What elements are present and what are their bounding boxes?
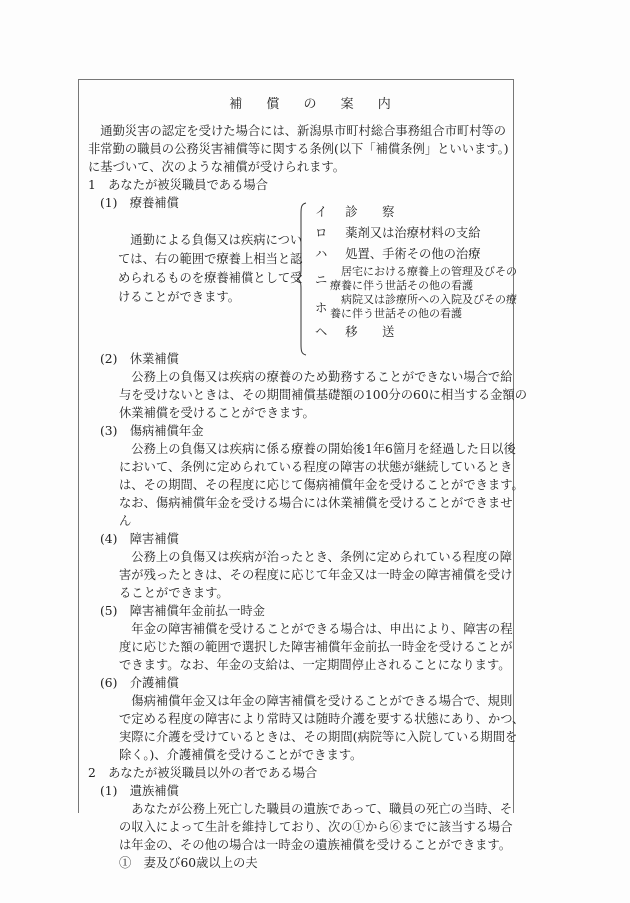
section-2-heading: 2 あなたが被災職員以外の者である場合 — [88, 765, 317, 781]
body-line: できます。なお、年金の支給は、一定期間停止されることになります。 — [119, 657, 511, 673]
body-line: の収入によって生計を維持しており、次の①から⑥までに該当する場合 — [119, 819, 513, 835]
list-item: ① 妻及び60歳以上の夫 — [119, 855, 258, 871]
kaigo-heading: (6) 介護補償 — [100, 675, 179, 691]
body-line: 傷病補償年金又は年金の障害補償を受けることができる場合で、規則 — [119, 693, 512, 709]
item-text: 居宅における療養上の管理及びその — [330, 265, 517, 278]
body-line: ることができます。 — [119, 585, 229, 601]
intro-line: 非常勤の職員の公務災害補償等に関する条例(以下「補償条例」といいます。) — [88, 141, 509, 157]
body-line: において、条例に定められている程度の障害の状態が継続しているとき — [119, 459, 512, 475]
body-line: 公務上の負傷又は疾病の療養のため勤務することができない場合で給 — [119, 369, 513, 385]
ryouyou-line: ては、右の範囲で療養上相当と認 — [118, 251, 302, 267]
maebarai-heading: (5) 障害補償年金前払一時金 — [100, 603, 265, 619]
item-text: 移 送 — [345, 325, 394, 339]
body-line: 度に応じた額の範囲で選択した障害補償年金前払一時金を受けることが — [119, 639, 513, 655]
ryouyou-line: けることができます。 — [118, 289, 240, 305]
body-line: なお、傷病補償年金を受ける場合には休業補償を受けることができませ — [119, 495, 513, 511]
body-line: 年金の障害補償を受けることができる場合は、申出により、障害の程 — [119, 621, 513, 637]
item-mark: イ — [315, 205, 327, 219]
body-line: は、その期間、その程度に応じて傷病補償年金を受けることができます。 — [119, 477, 524, 493]
body-line: で定める程度の障害により常時又は随時介護を要する状態にあり、かつ、 — [119, 711, 524, 727]
body-line: 公務上の負傷又は疾病が治ったとき、条例に定められている程度の障 — [119, 549, 512, 565]
item-mark: ヘ — [315, 325, 327, 339]
item-mark: ハ — [315, 247, 327, 261]
list-item: ヘ 移 送 — [315, 324, 394, 340]
body-line: は年金の、その他の場合は一時金の遺族補償を受けることができます。 — [119, 837, 511, 853]
izoku-heading: (1) 遺族補償 — [100, 783, 179, 799]
item-text: 処置、手術その他の治療 — [345, 247, 480, 261]
ryouyou-line: められるものを療養補償として受 — [118, 270, 302, 286]
intro-line: 通勤災害の認定を受けた場合には、新潟県市町村総合事務組合市町村等の — [88, 123, 506, 139]
body-line: 与を受けないときは、その期間補償基礎額の100分の60に相当する金額の — [119, 387, 527, 403]
item-text: 養に伴う世話その他の看護 — [330, 307, 462, 320]
body-line: 実際に介護を受けているときは、その期間(病院等に入院している期間を — [119, 729, 517, 745]
item-mark: ホ — [315, 300, 327, 316]
page-title: 補 償 の 案 内 — [0, 97, 630, 113]
body-line: 公務上の負傷又は疾病に係る療養の開始後1年6箇月を経過した日以後 — [119, 441, 516, 457]
item-text: 薬剤又は治療材料の支給 — [345, 226, 480, 240]
brace-icon — [297, 202, 307, 356]
ryouyou-heading: (1) 療養補償 — [100, 195, 179, 211]
body-line: ん — [119, 513, 131, 529]
list-item: ロ 薬剤又は治療材料の支給 — [315, 225, 481, 241]
shobyo-heading: (3) 傷病補償年金 — [100, 423, 204, 439]
ryouyou-line: 通勤による負傷又は疾病につい — [118, 232, 302, 248]
body-line: 害が残ったときは、その程度に応じて年金又は一時金の障害補償を受け — [119, 567, 513, 583]
body-line: あなたが公務上死亡した職員の遺族であって、職員の死亡の当時、そ — [119, 801, 512, 817]
item-text: 病院又は診療所への入院及びその療 — [330, 293, 517, 306]
item-text: 診 察 — [345, 205, 394, 219]
item-mark: ロ — [315, 226, 327, 240]
item-mark: ニ — [315, 272, 327, 288]
body-line: 休業補償を受けることができます。 — [119, 405, 315, 421]
section-1-heading: 1 あなたが被災職員である場合 — [88, 177, 268, 193]
list-item: イ 診 察 — [315, 204, 394, 220]
body-line: 除く。)、介護補償を受けることができます。 — [119, 747, 362, 763]
kyugyo-heading: (2) 休業補償 — [100, 351, 179, 367]
item-text: 療養に伴う世話その他の看護 — [330, 279, 473, 292]
shogai-heading: (4) 障害補償 — [100, 531, 179, 547]
list-item: ハ 処置、手術その他の治療 — [315, 246, 481, 262]
intro-line: に基づいて、次のような補償が受けられます。 — [88, 159, 345, 175]
